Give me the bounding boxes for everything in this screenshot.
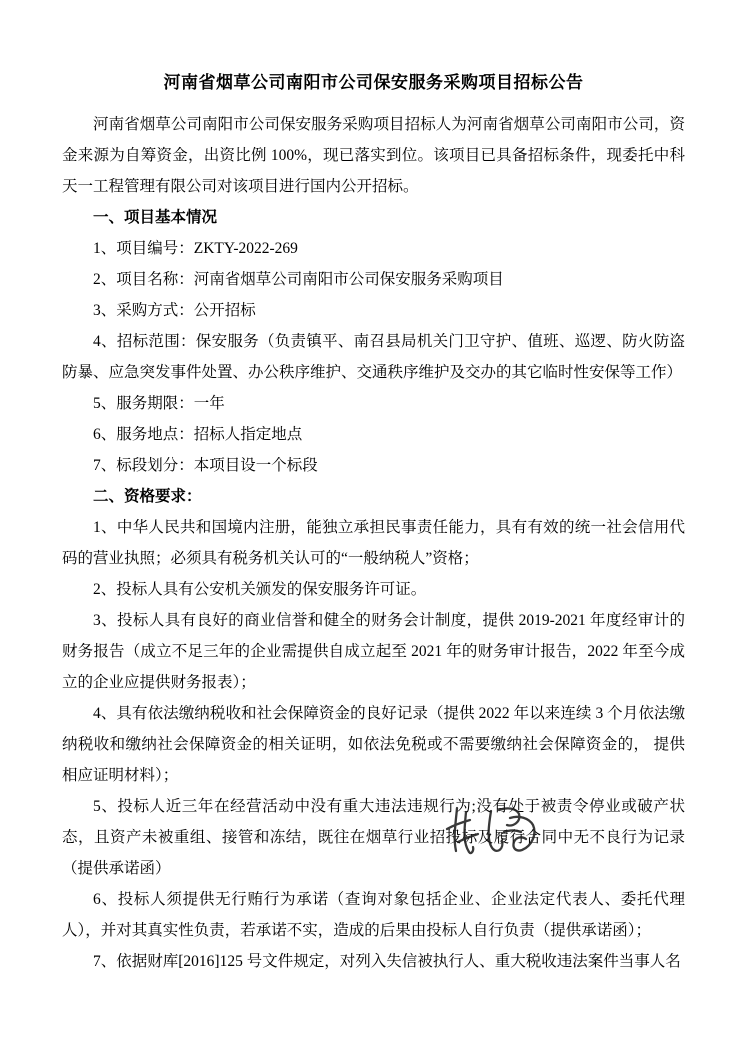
section-2-item-3: 3、投标人具有良好的商业信誉和健全的财务会计制度，提供 2019-2021 年度…: [62, 605, 685, 698]
intro-paragraph: 河南省烟草公司南阳市公司保安服务采购项目招标人为河南省烟草公司南阳市公司，资金来…: [62, 109, 685, 202]
section-2-item-7: 7、依据财库[2016]125 号文件规定，对列入失信被执行人、重大税收违法案件…: [62, 946, 685, 977]
section-2-heading: 二、资格要求：: [62, 481, 685, 512]
document-content: 河南省烟草公司南阳市公司保安服务采购项目招标公告 河南省烟草公司南阳市公司保安服…: [62, 70, 685, 977]
section-1-item-2: 2、项目名称：河南省烟草公司南阳市公司保安服务采购项目: [62, 264, 685, 295]
section-2-item-6: 6、投标人须提供无行贿行为承诺（查询对象包括企业、企业法定代表人、委托代理人），…: [62, 884, 685, 946]
section-1-item-5: 5、服务期限：一年: [62, 388, 685, 419]
section-1-item-1: 1、项目编号：ZKTY-2022-269: [62, 233, 685, 264]
document-title: 河南省烟草公司南阳市公司保安服务采购项目招标公告: [62, 70, 685, 96]
section-1-item-7: 7、标段划分：本项目设一个标段: [62, 450, 685, 481]
section-1-item-6: 6、服务地点：招标人指定地点: [62, 419, 685, 450]
section-2-item-4: 4、具有依法缴纳税收和社会保障资金的良好记录（提供 2022 年以来连续 3 个…: [62, 698, 685, 791]
section-1-item-3: 3、采购方式：公开招标: [62, 295, 685, 326]
section-2-item-1: 1、中华人民共和国境内注册，能独立承担民事责任能力，具有有效的统一社会信用代码的…: [62, 512, 685, 574]
section-2-item-5: 5、投标人近三年在经营活动中没有重大违法违规行为;没有处于被责令停业或破产状态，…: [62, 791, 685, 884]
section-1-heading: 一、项目基本情况: [62, 202, 685, 233]
section-1-item-4: 4、招标范围：保安服务（负责镇平、南召县局机关门卫守护、值班、巡逻、防火防盗防暴…: [62, 326, 685, 388]
document-page: 河南省烟草公司南阳市公司保安服务采购项目招标公告 河南省烟草公司南阳市公司保安服…: [0, 0, 745, 1064]
section-2-item-2: 2、投标人具有公安机关颁发的保安服务许可证。: [62, 574, 685, 605]
